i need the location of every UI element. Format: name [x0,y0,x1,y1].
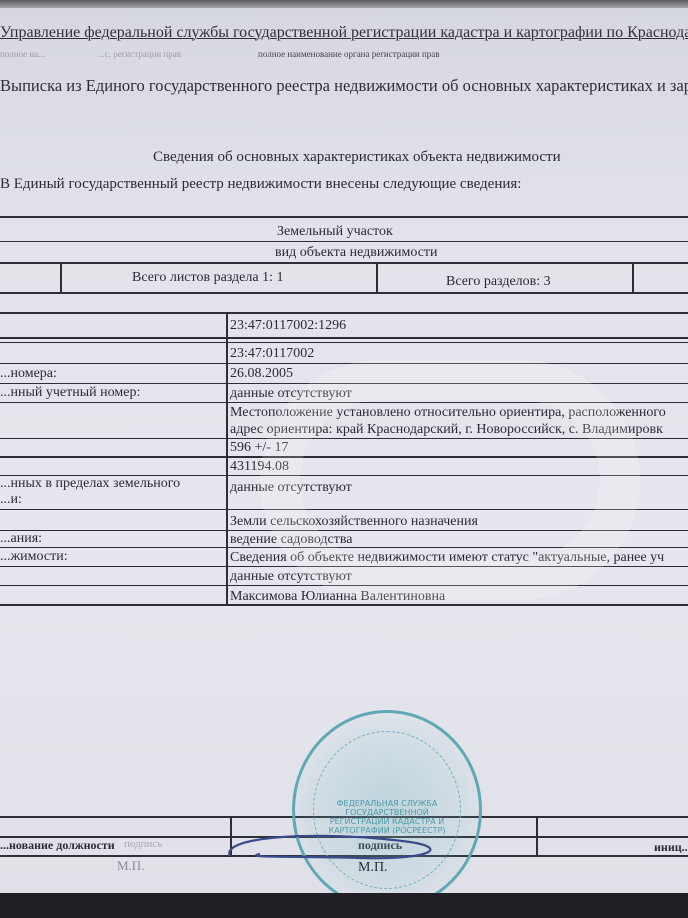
table-border [0,292,688,294]
row-label: ...номера: [0,366,57,382]
table-border [536,816,538,856]
row-label: ...ания: [0,531,42,547]
section-intro: В Единый государственный реестр недвижим… [0,176,521,193]
table-border [0,216,688,218]
table-border [0,342,688,343]
handwritten-signature [200,828,460,868]
table-border [0,530,688,531]
cadastral-number: 23:47:0117002:1296 [230,318,346,334]
table-border [0,337,688,339]
section-title: Сведения об основных характеристиках объ… [153,149,561,166]
permitted-use: ведение садоводства [230,532,353,548]
position-caption: ...нование должности [0,838,115,853]
row-label: ...и: [0,492,22,508]
sections-count: Всего разделов: 3 [446,274,551,290]
organization-name: Управление федеральной службы государств… [0,24,688,42]
location: Местоположение установлено относительно … [230,405,666,421]
initials-caption: иниц... [654,840,688,855]
object-type: Земельный участок [277,224,393,240]
table-border [0,312,688,314]
table-border [0,241,688,242]
buildings-in-parcel: данные отсутствуют [230,480,352,496]
table-border [0,604,688,606]
row-label: ...жимости: [0,549,68,565]
table-border [376,262,378,292]
cadastral-quarter: 23:47:0117002 [230,346,314,362]
table-border [0,402,688,403]
object-status: Сведения об объекте недвижимости имеют с… [230,550,664,566]
row-label: ...нных в пределах земельного [0,476,180,492]
table-border [0,547,688,548]
table-border [632,262,634,292]
faded-caption: полное на... [0,49,45,59]
table-border [0,509,688,510]
special-notes: данные отсутствуют [230,569,352,585]
object-type-caption: вид объекта недвижимости [275,245,438,261]
table-border [0,585,688,586]
photo-bottom-edge [0,893,688,918]
table-border [60,262,62,292]
table-border [0,438,688,439]
table-border [0,363,688,364]
document-subtitle: Выписка из Единого государственного реес… [0,76,688,96]
area: 596 +/- 17 [230,440,288,456]
cadastral-engineer: Максимова Юлианна Валентиновна [230,589,445,605]
assignment-date: 26.08.2005 [230,366,293,382]
faded-sign-caption: подпись [124,838,162,850]
row-label: ...нный учетный номер: [0,385,140,401]
seal-placeholder-left: М.П. [117,858,144,874]
official-stamp: ФЕДЕРАЛЬНАЯ СЛУЖБА ГОСУДАРСТВЕННОЙ РЕГИС… [292,710,482,910]
faded-caption: ...с, регистрации прав [98,49,181,59]
location-address: адрес ориентира: край Краснодарский, г. … [230,422,663,438]
cadastral-value: 431194.08 [230,459,289,475]
table-column-divider [226,312,228,606]
previous-number: данные отсутствуют [230,386,352,402]
organization-caption: полное наименование органа регистрации п… [258,49,440,59]
land-category: Земли сельскохозяйственного назначения [230,514,478,530]
table-border [0,262,688,264]
sheets-count: Всего листов раздела 1: 1 [132,270,283,286]
table-border [0,383,688,384]
table-border [0,456,688,458]
table-border [0,566,688,567]
